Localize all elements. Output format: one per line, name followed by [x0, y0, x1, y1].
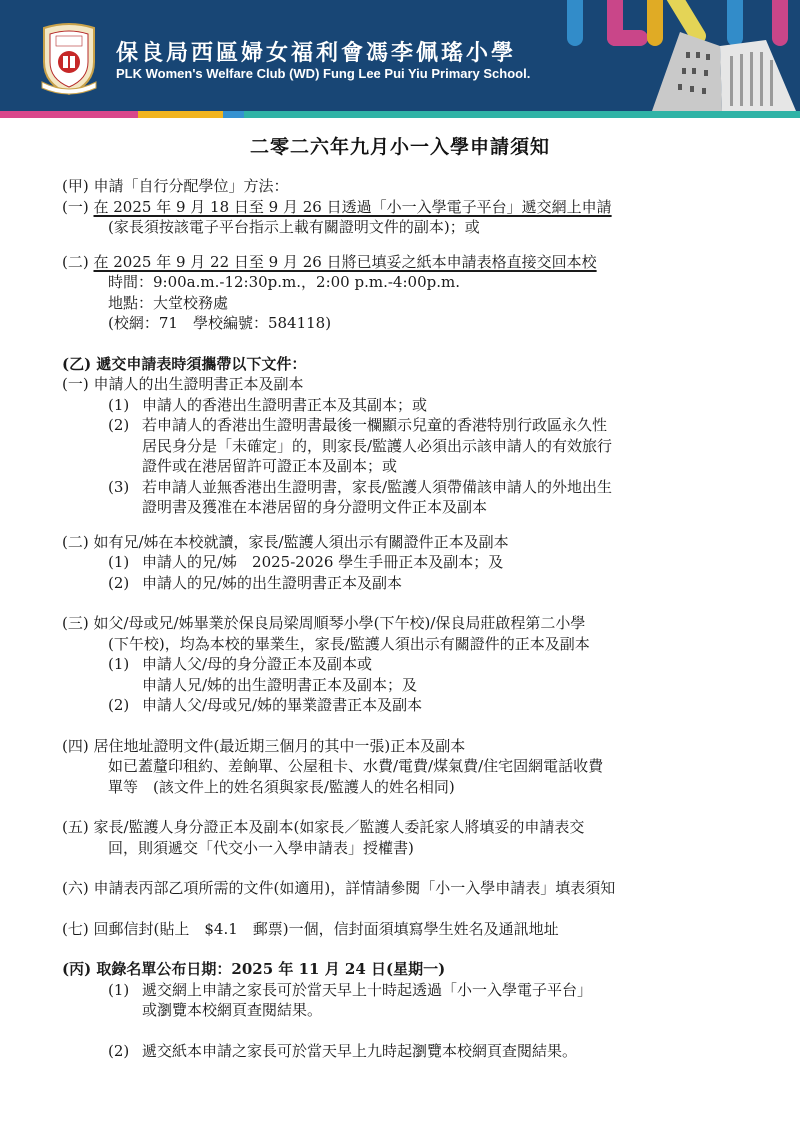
- item-label: (一): [62, 375, 89, 393]
- school-crest-icon: [38, 22, 100, 96]
- sub-item: (2)若申請人的香港出生證明書最後一欄顯示兒童的香港特別行政區永久性: [62, 415, 782, 436]
- document-title: 二零二六年九月小一入學申請須知: [0, 132, 800, 159]
- sub-item-continued: 證明書及獲准在本港居留的身分證明文件正本及副本: [62, 497, 782, 518]
- item-text-continued: (下午校)，均為本校的畢業生，家長/監護人須出示有關證件的正本及副本: [62, 634, 782, 655]
- section-b-heading: (乙) 遞交申請表時須攜帶以下文件：: [62, 354, 782, 375]
- section-a-item-1-note: (家長須按該電子平台指示上載有關證明文件的副本)；或: [62, 217, 782, 238]
- item-text-continued: 回，則須遞交「代交小一入學申請表」授權書): [62, 838, 782, 859]
- item-label: (二): [62, 533, 89, 551]
- submission-venue: 地點：大堂校務處: [62, 293, 782, 314]
- section-c-heading: (丙) 取錄名單公布日期：2025 年 11 月 24 日(星期一): [62, 959, 782, 980]
- section-b-item-6: (六) 申請表丙部乙項所需的文件(如適用)，詳情請參閱「小一入學申請表」填表須知: [62, 878, 782, 899]
- paper-application-period: 在 2025 年 9 月 22 日至 9 月 26 日將已填妥之紙本申請表格直接…: [94, 253, 597, 271]
- sub-item: (3)若申請人並無香港出生證明書，家長/監護人須帶備該申請人的外地出生: [62, 477, 782, 498]
- item-text-continued: 如已蓋釐印租約、差餉單、公屋租卡、水費/電費/煤氣費/住宅固網電話收費: [62, 756, 782, 777]
- item-text: 如父/母或兄/姊畢業於保良局梁周順琴小學(下午校)/保良局莊啟程第二小學: [94, 614, 586, 632]
- section-b-item-2: (二) 如有兄/姊在本校就讀，家長/監護人須出示有關證件正本及副本: [62, 532, 782, 553]
- item-label: (四): [62, 737, 89, 755]
- online-application-period: 在 2025 年 9 月 18 日至 9 月 26 日透過「小一入學電子平台」遞…: [94, 198, 612, 216]
- school-name-chinese: 保良局西區婦女福利會馮李佩瑤小學: [116, 36, 516, 67]
- item-text: 如有兄/姊在本校就讀，家長/監護人須出示有關證件正本及副本: [94, 533, 509, 551]
- sub-item: (1)遞交網上申請之家長可於當天早上十時起透過「小一入學電子平台」: [62, 980, 782, 1001]
- sub-item: (2)申請人的兄/姊的出生證明書正本及副本: [62, 573, 782, 594]
- section-b-item-1: (一) 申請人的出生證明書正本及副本: [62, 374, 782, 395]
- item-text-continued: 單等 (該文件上的姓名須與家長/監護人的姓名相同): [62, 777, 782, 798]
- sub-item-continued: 證件或在港居留許可證正本及副本；或: [62, 456, 782, 477]
- header-stripe-yellow: [138, 111, 223, 118]
- school-net-and-code: (校網：71 學校編號：584118): [62, 313, 782, 334]
- results-announcement-date: 2025 年 11 月 24 日(星期一): [231, 960, 445, 978]
- sub-item-continued: 居民身分是「未確定」的，則家長/監護人必須出示該申請人的有效旅行: [62, 436, 782, 457]
- item-label: (五): [62, 818, 89, 836]
- item-text: 家長/監護人身分證正本及副本(如家長／監護人委託家人將填妥的申請表交: [94, 818, 585, 836]
- school-header-banner: 保良局西區婦女福利會馮李佩瑤小學 PLK Women's Welfare Clu…: [0, 0, 800, 111]
- sub-item-continued: 或瀏覽本校網頁查閱結果。: [62, 1000, 782, 1021]
- header-stripe-pink: [0, 111, 138, 118]
- item-label: (七): [62, 920, 89, 938]
- header-stripe-teal: [244, 111, 800, 118]
- document-body: (甲) 申請「自行分配學位」方法： (一) 在 2025 年 9 月 18 日至…: [62, 176, 782, 1061]
- section-a-item-1: (一) 在 2025 年 9 月 18 日至 9 月 26 日透過「小一入學電子…: [62, 197, 782, 218]
- item-label: (一): [62, 198, 89, 216]
- section-b-item-4: (四) 居住地址證明文件(最近期三個月的其中一張)正本及副本: [62, 736, 782, 757]
- item-text: 申請人的出生證明書正本及副本: [94, 375, 304, 393]
- sub-item: (2)遞交紙本申請之家長可於當天早上九時起瀏覽本校網頁查閱結果。: [62, 1041, 782, 1062]
- sub-item: (1)申請人父/母的身分證正本及副本或: [62, 654, 782, 675]
- section-a-heading: (甲) 申請「自行分配學位」方法：: [62, 176, 782, 197]
- item-label: (六): [62, 879, 89, 897]
- section-b-item-7: (七) 回郵信封(貼上 $4.1 郵票)一個，信封面須填寫學生姓名及通訊地址: [62, 919, 782, 940]
- item-text: 居住地址證明文件(最近期三個月的其中一張)正本及副本: [94, 737, 466, 755]
- sub-item: (1)申請人的兄/姊 2025-2026 學生手冊正本及副本；及: [62, 552, 782, 573]
- sub-item-continued: 申請人兄/姊的出生證明書正本及副本；及: [62, 675, 782, 696]
- plk-brand-and-building-image: [540, 0, 800, 111]
- section-b-item-3: (三) 如父/母或兄/姊畢業於保良局梁周順琴小學(下午校)/保良局莊啟程第二小學: [62, 613, 782, 634]
- item-label: (二): [62, 253, 89, 271]
- sub-item: (2)申請人父/母或兄/姊的畢業證書正本及副本: [62, 695, 782, 716]
- section-a-item-2: (二) 在 2025 年 9 月 22 日至 9 月 26 日將已填妥之紙本申請…: [62, 252, 782, 273]
- item-text: 回郵信封(貼上 $4.1 郵票)一個，信封面須填寫學生姓名及通訊地址: [94, 920, 559, 938]
- header-stripe-blue: [223, 111, 244, 118]
- sub-item: (1)申請人的香港出生證明書正本及其副本；或: [62, 395, 782, 416]
- section-b-item-5: (五) 家長/監護人身分證正本及副本(如家長／監護人委託家人將填妥的申請表交: [62, 817, 782, 838]
- office-hours: 時間：9:00a.m.-12:30p.m.，2:00 p.m.-4:00p.m.: [62, 272, 782, 293]
- item-label: (三): [62, 614, 89, 632]
- results-announcement-label: (丙) 取錄名單公布日期：: [62, 960, 231, 978]
- item-text: 申請表丙部乙項所需的文件(如適用)，詳情請參閱「小一入學申請表」填表須知: [94, 879, 616, 897]
- school-name-english: PLK Women's Welfare Club (WD) Fung Lee P…: [116, 66, 530, 81]
